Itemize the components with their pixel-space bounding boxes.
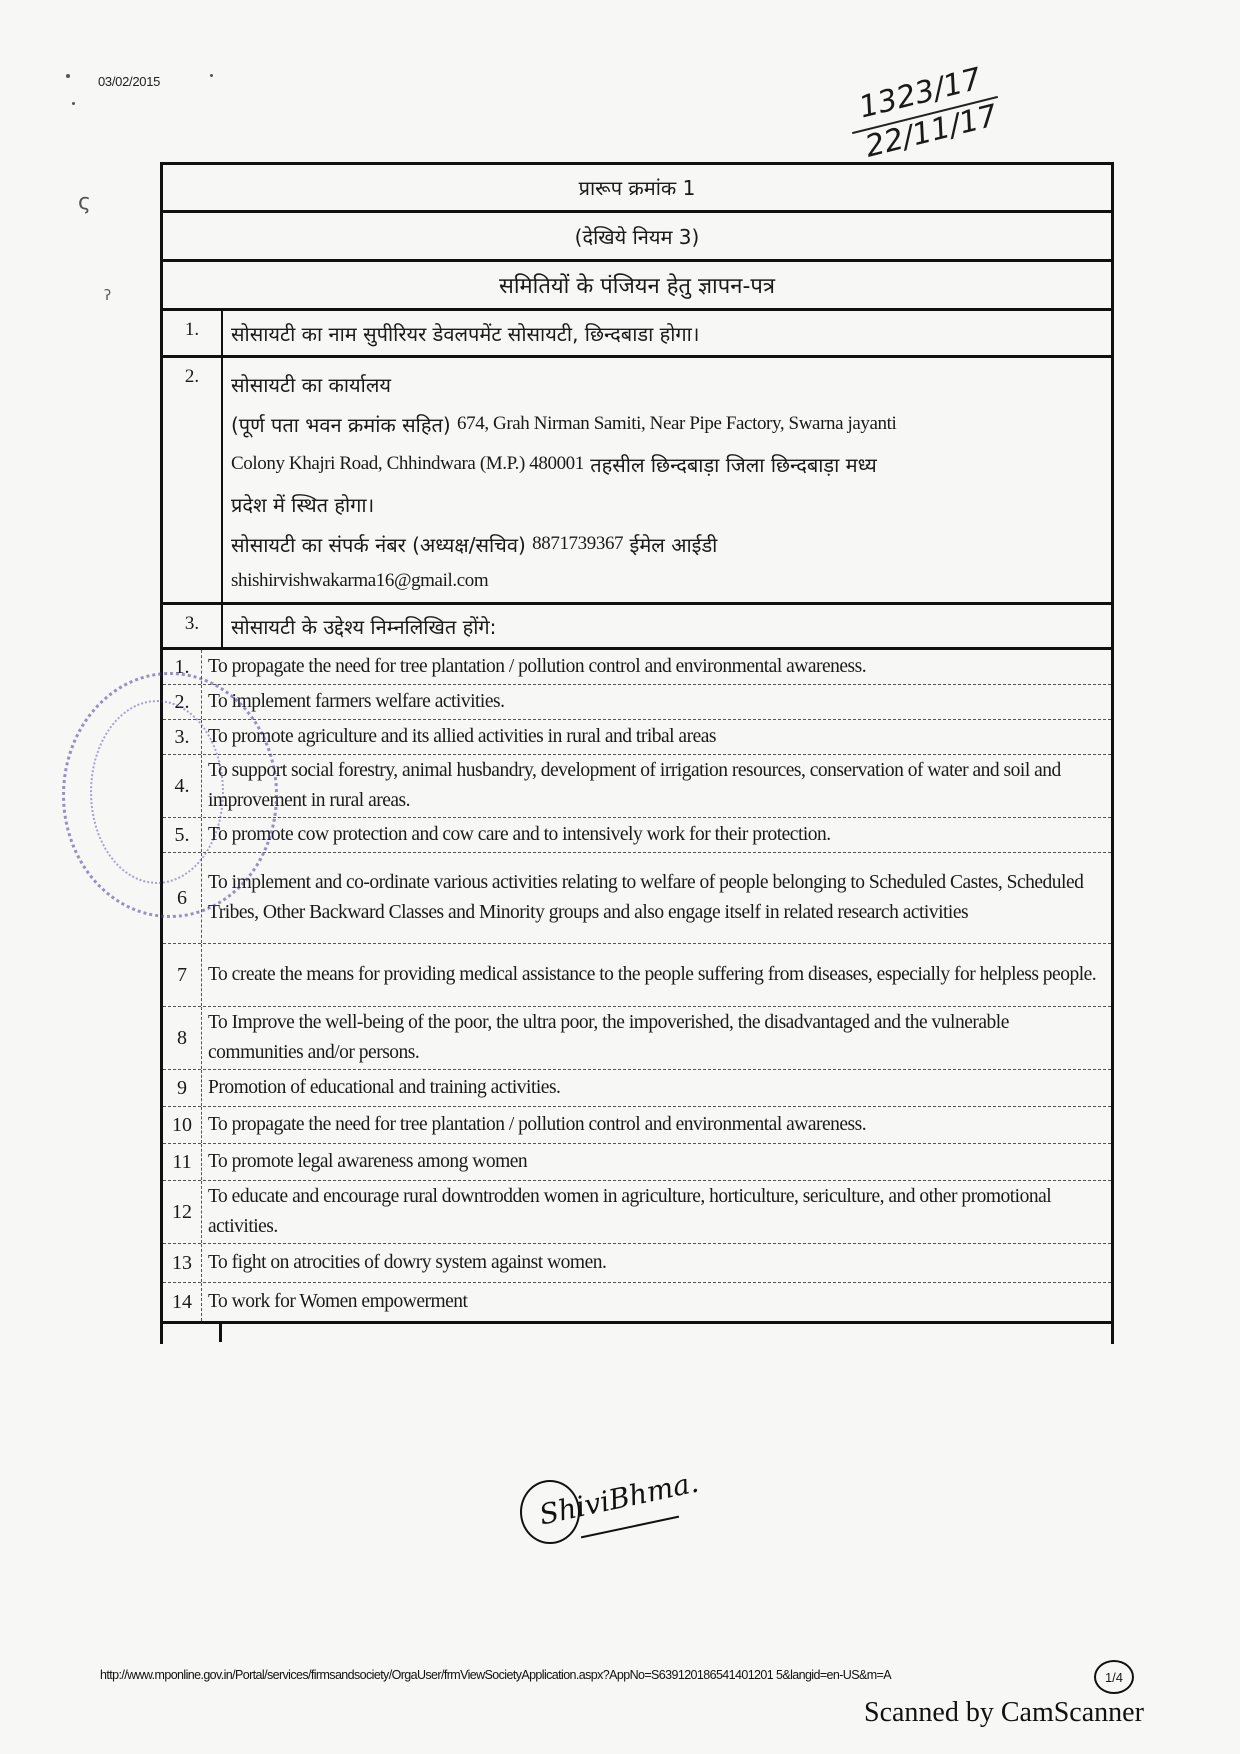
objective-row: 8To Improve the well-being of the poor, …: [163, 1007, 1111, 1070]
objective-number: 2.: [163, 685, 202, 719]
form-bottom: [163, 1324, 1111, 1344]
form-subtitle: समितियों के पंजियन हेतु ज्ञापन-पत्र: [163, 259, 1111, 308]
objective-number: 10: [163, 1107, 202, 1143]
objective-number: 6: [163, 853, 202, 943]
objective-number: 9: [163, 1070, 202, 1106]
objective-number: 3.: [163, 720, 202, 754]
margin-mark: ʔ: [104, 288, 111, 304]
objective-text: To educate and encourage rural downtrodd…: [202, 1181, 1111, 1243]
print-date: 03/02/2015: [98, 74, 160, 89]
objective-text: To work for Women empowerment: [202, 1283, 1111, 1321]
source-url: http://www.mponline.gov.in/Portal/servic…: [100, 1668, 891, 1682]
objective-row: 2.To implement farmers welfare activitie…: [163, 685, 1111, 720]
objective-text: Promotion of educational and training ac…: [202, 1070, 1111, 1106]
contact-line: सोसायटी का संपर्क नंबर (अध्यक्ष/सचिव) 88…: [231, 524, 1103, 564]
address-english-1: 674, Grah Nirman Samiti, Near Pipe Facto…: [457, 413, 896, 435]
address-line-3: प्रदेश में स्थित होगा।: [231, 484, 1103, 524]
objective-text: To support social forestry, animal husba…: [202, 755, 1111, 817]
section-body: सोसायटी के उद्देश्य निम्नलिखित होंगे:: [223, 605, 1111, 647]
objective-number: 12: [163, 1181, 202, 1243]
signature: ShiviBhma.: [520, 1470, 720, 1550]
objective-text: To fight on atrocities of dowry system a…: [202, 1244, 1111, 1282]
objective-number: 7: [163, 944, 202, 1006]
objective-row: 5.To promote cow protection and cow care…: [163, 818, 1111, 853]
form-title: प्रारूप क्रमांक 1: [163, 162, 1111, 210]
objective-text: To promote cow protection and cow care a…: [202, 818, 1111, 852]
section-number: 1.: [163, 311, 223, 355]
section-number: 3.: [163, 605, 223, 647]
objective-number: 1.: [163, 650, 202, 684]
section-body: सोसायटी का नाम सुपीरियर डेवलपमेंट सोसायट…: [223, 311, 1111, 355]
scanner-watermark: Scanned by CamScanner: [864, 1697, 1144, 1729]
margin-mark: ς: [78, 190, 91, 215]
objective-row: 9Promotion of educational and training a…: [163, 1070, 1111, 1107]
form-rule-reference: (देखिये नियम 3): [163, 210, 1111, 259]
objectives-heading: सोसायटी के उद्देश्य निम्नलिखित होंगे:: [231, 611, 1103, 641]
column-tick: [219, 1324, 222, 1342]
objective-text: To implement farmers welfare activities.: [202, 685, 1111, 719]
contact-number: 8871739367: [532, 533, 623, 555]
address-hindi-2: तहसील छिन्दबाड़ा जिला छिन्दबाड़ा मध्य: [590, 451, 877, 478]
signature-text: ShiviBhma.: [536, 1466, 701, 1532]
email-label: ईमेल आईडी: [630, 531, 718, 558]
scan-speck: [210, 74, 213, 77]
objective-row: 14To work for Women empowerment: [163, 1283, 1111, 1324]
objective-row: 7To create the means for providing medic…: [163, 944, 1111, 1007]
address-english-2: Colony Khajri Road, Chhindwara (M.P.) 48…: [231, 453, 584, 475]
objective-number: 4.: [163, 755, 202, 817]
objective-row: 1.To propagate the need for tree plantat…: [163, 650, 1111, 685]
scan-speck: [66, 74, 70, 78]
objective-row: 11To promote legal awareness among women: [163, 1144, 1111, 1181]
email-address: shishirvishwakarma16@gmail.com: [231, 564, 1103, 598]
objective-number: 5.: [163, 818, 202, 852]
objective-number: 11: [163, 1144, 202, 1180]
society-registration-form: प्रारूप क्रमांक 1 (देखिये नियम 3) समितिय…: [160, 162, 1114, 1344]
objective-text: To promote agriculture and its allied ac…: [202, 720, 1111, 754]
section-office-address: 2. सोसायटी का कार्यालय (पूर्ण पता भवन क्…: [163, 355, 1111, 602]
section-body: सोसायटी का कार्यालय (पूर्ण पता भवन क्रमा…: [223, 358, 1111, 602]
objective-row: 10To propagate the need for tree plantat…: [163, 1107, 1111, 1144]
objective-number: 14: [163, 1283, 202, 1321]
office-heading: सोसायटी का कार्यालय: [231, 364, 1103, 404]
section-society-name: 1. सोसायटी का नाम सुपीरियर डेवलपमेंट सोस…: [163, 308, 1111, 355]
society-name-text: सोसायटी का नाम सुपीरियर डेवलपमेंट सोसायट…: [231, 317, 1103, 349]
objectives-table: 1.To propagate the need for tree plantat…: [163, 647, 1111, 1324]
objective-number: 8: [163, 1007, 202, 1069]
address-line-2: Colony Khajri Road, Chhindwara (M.P.) 48…: [231, 444, 1103, 484]
address-line-1: (पूर्ण पता भवन क्रमांक सहित) 674, Grah N…: [231, 404, 1103, 444]
objective-text: To promote legal awareness among women: [202, 1144, 1111, 1180]
page-number: 1/4: [1094, 1660, 1134, 1694]
contact-label: सोसायटी का संपर्क नंबर (अध्यक्ष/सचिव): [231, 531, 526, 558]
objective-row: 12To educate and encourage rural downtro…: [163, 1181, 1111, 1244]
objective-row: 13To fight on atrocities of dowry system…: [163, 1244, 1111, 1283]
objective-row: 3.To promote agriculture and its allied …: [163, 720, 1111, 755]
handwritten-registration-note: 1323/17 22/11/17: [850, 56, 1000, 166]
scan-speck: [72, 102, 75, 105]
objective-text: To Improve the well-being of the poor, t…: [202, 1007, 1111, 1069]
section-number: 2.: [163, 358, 223, 602]
objective-text: To implement and co-ordinate various act…: [202, 853, 1111, 943]
objective-text: To propagate the need for tree plantatio…: [202, 1107, 1111, 1143]
objective-text: To propagate the need for tree plantatio…: [202, 650, 1111, 684]
address-label: (पूर्ण पता भवन क्रमांक सहित): [231, 411, 451, 438]
objective-row: 6To implement and co-ordinate various ac…: [163, 853, 1111, 944]
objective-number: 13: [163, 1244, 202, 1282]
section-objectives: 3. सोसायटी के उद्देश्य निम्नलिखित होंगे:: [163, 602, 1111, 647]
objective-row: 4.To support social forestry, animal hus…: [163, 755, 1111, 818]
objective-text: To create the means for providing medica…: [202, 944, 1111, 1006]
